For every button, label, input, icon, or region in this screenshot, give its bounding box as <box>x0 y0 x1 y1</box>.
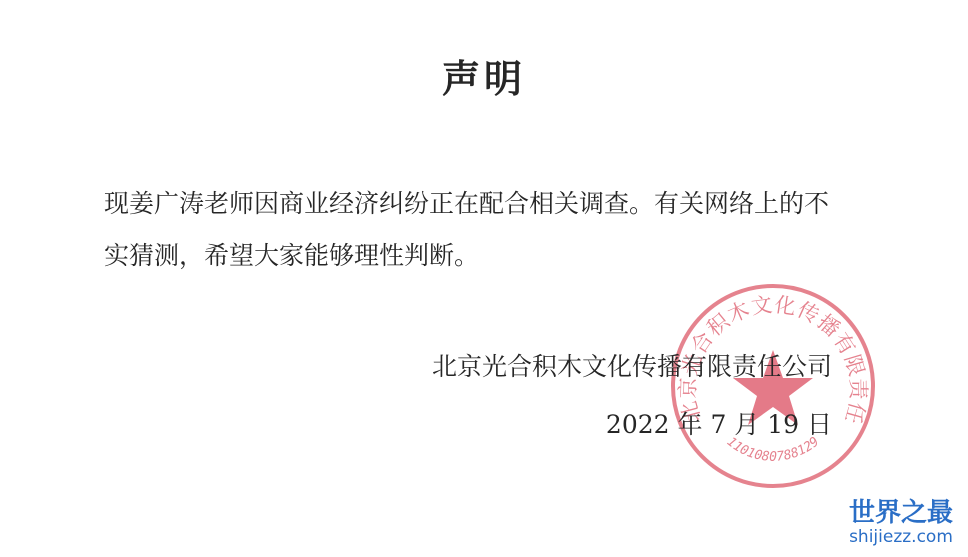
watermark-brand-url: shijiezz.com <box>838 527 964 547</box>
seal-stamp: 北京光合积木文化传播有限责任公司 1101080788129 <box>667 280 879 492</box>
signature-date: 2022 年 7 月 19 日 <box>606 405 832 441</box>
statement-line-2: 实猜测，希望大家能够理性判断。 <box>104 230 864 282</box>
signature-company: 北京光合积木文化传播有限责任公司 <box>432 347 832 383</box>
page-title: 声明 <box>0 48 968 103</box>
watermark-logo: 世界之最 shijiezz.com <box>838 499 964 547</box>
statement-line-1: 现姜广涛老师因商业经济纠纷正在配合相关调查。有关网络上的不 <box>104 178 864 230</box>
watermark-brand-cn: 世界之最 <box>838 499 964 527</box>
statement-body: 现姜广涛老师因商业经济纠纷正在配合相关调查。有关网络上的不 实猜测，希望大家能够… <box>104 178 864 282</box>
